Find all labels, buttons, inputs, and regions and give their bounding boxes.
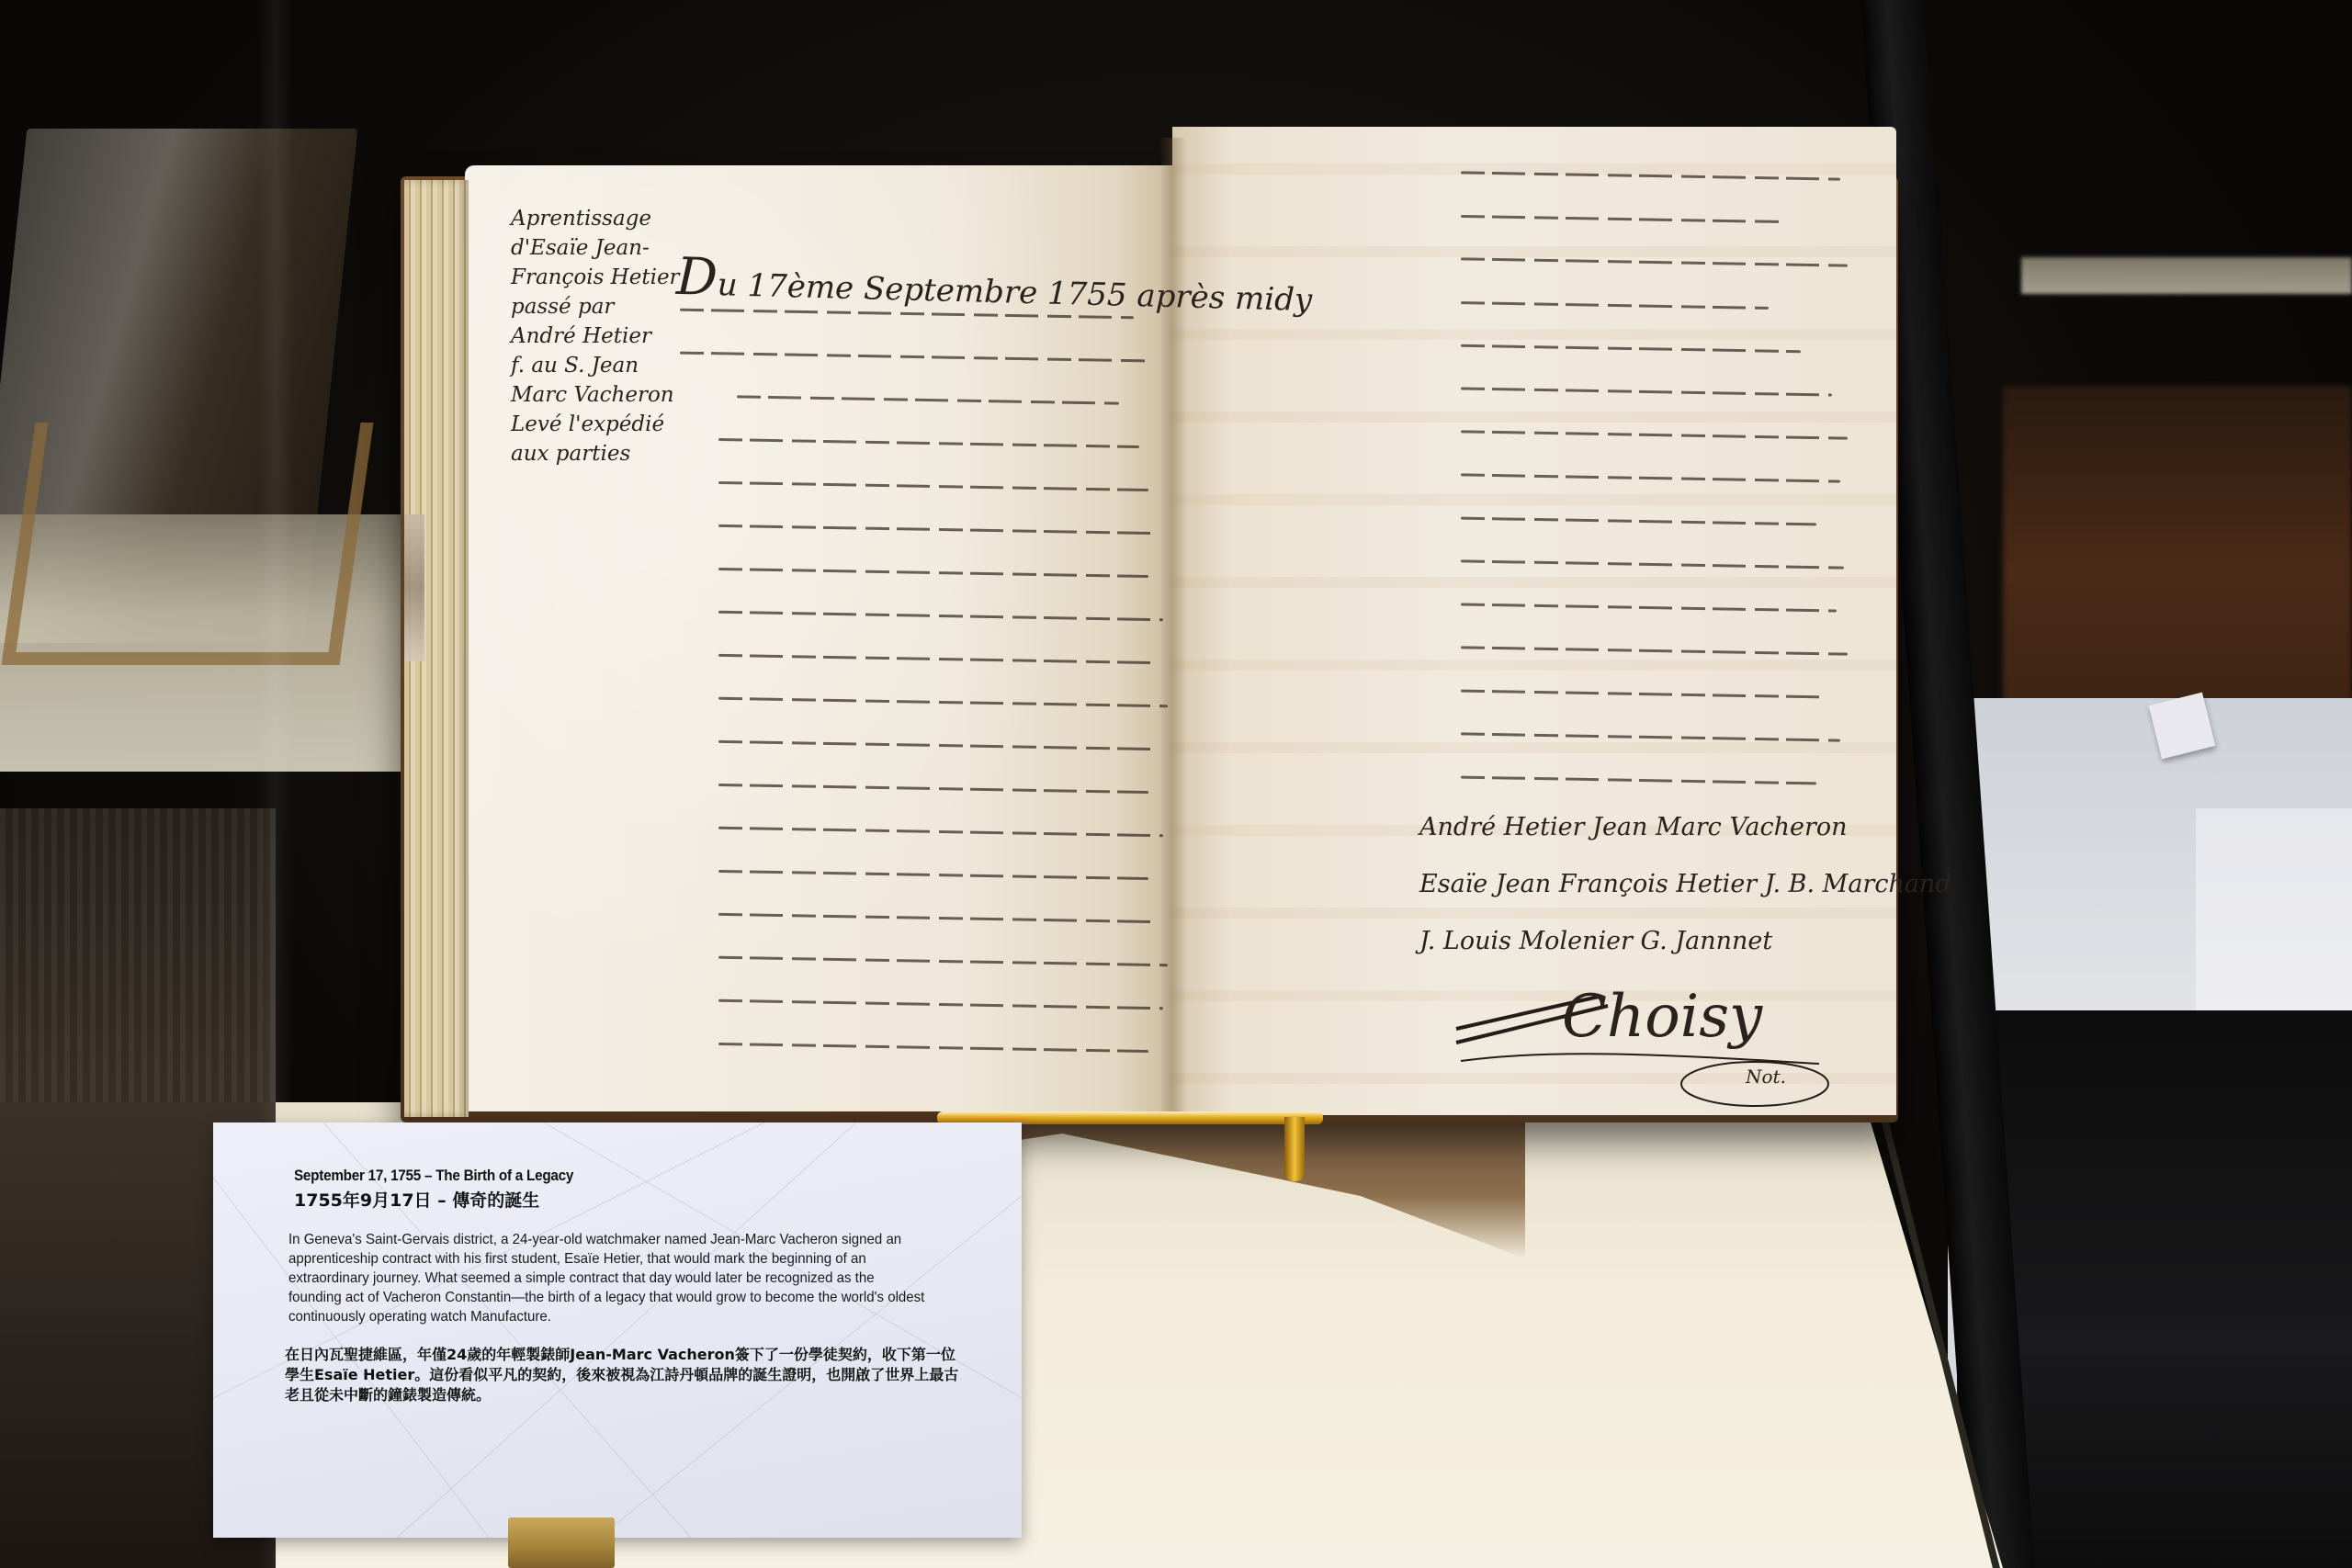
manuscript-body-right [1461, 175, 1856, 822]
script-line [718, 999, 1163, 1010]
signature-line: J. Louis Molenier G. Jannnet [1419, 913, 1897, 970]
script-line [718, 1043, 1148, 1053]
script-line [718, 740, 1158, 750]
notary-title: Not. [1746, 1066, 1786, 1088]
margin-note-line: Levé l'expédié [511, 410, 704, 439]
script-line [1461, 559, 1844, 569]
margin-note-line: d'Esaïe Jean- [511, 233, 704, 263]
signature-line: André Hetier Jean Marc Vacheron [1419, 799, 1897, 856]
script-line [718, 697, 1168, 708]
notary-signature: Choisy [1562, 983, 1762, 1051]
page-edge-wear [404, 514, 424, 661]
script-line [1461, 257, 1848, 266]
margin-note-line: f. au S. Jean [511, 351, 704, 380]
ornate-initial: D [675, 247, 718, 308]
script-line [718, 827, 1163, 837]
margin-note-line: passé par [511, 292, 704, 321]
script-line [1461, 301, 1769, 310]
book-stand-arm [1284, 1117, 1305, 1181]
script-line [718, 568, 1148, 578]
script-line [1461, 387, 1832, 396]
script-line [718, 913, 1158, 923]
signatories: André Hetier Jean Marc Vacheron Esaïe Je… [1419, 799, 1897, 970]
script-line [1461, 690, 1825, 699]
script-line [718, 438, 1139, 448]
manuscript-body-left [680, 312, 1158, 1089]
script-line [1461, 215, 1785, 223]
signature-line: Esaïe Jean François Hetier J. B. Marchan… [1419, 856, 1897, 913]
script-line [718, 525, 1158, 535]
margin-note-line: aux parties [511, 439, 704, 468]
script-line [718, 481, 1148, 491]
background-wood-panel-left [0, 808, 276, 1102]
script-line [1461, 344, 1801, 353]
script-line [718, 956, 1168, 967]
placard-body-chinese: 在日內瓦聖捷維區，年僅24歲的年輕製錶師Jean-Marc Vacheron簽下… [285, 1345, 965, 1405]
script-line [1461, 430, 1848, 439]
placard-title-english: September 17, 1755 – The Birth of a Lega… [294, 1167, 573, 1185]
script-line [1461, 646, 1848, 655]
script-line [718, 784, 1148, 794]
margin-note-line: Aprentissage [511, 204, 704, 233]
placard-title-chinese: 1755年9月17日 – 傳奇的誕生 [294, 1187, 539, 1212]
margin-note-line: François Hetier [511, 263, 704, 292]
script-line [1461, 732, 1840, 741]
background-stand-left [1, 423, 373, 665]
script-line [718, 870, 1148, 880]
script-line [1461, 517, 1816, 526]
margin-note-line: Marc Vacheron [511, 380, 704, 410]
background-shelf-right [2021, 257, 2352, 294]
script-line [680, 352, 1148, 363]
script-line [718, 611, 1163, 621]
margin-note-line: André Hetier [511, 321, 704, 351]
script-line [737, 395, 1119, 404]
script-line [1461, 473, 1840, 482]
script-line [718, 654, 1158, 664]
placard-body-english: In Geneva's Saint-Gervais district, a 24… [288, 1230, 928, 1326]
placard-holder [508, 1517, 615, 1568]
script-line [1461, 603, 1836, 612]
exhibit-placard: September 17, 1755 – The Birth of a Lega… [213, 1122, 1022, 1538]
margin-note: Aprentissage d'Esaïe Jean- François Heti… [511, 204, 704, 468]
script-line [1461, 776, 1816, 785]
